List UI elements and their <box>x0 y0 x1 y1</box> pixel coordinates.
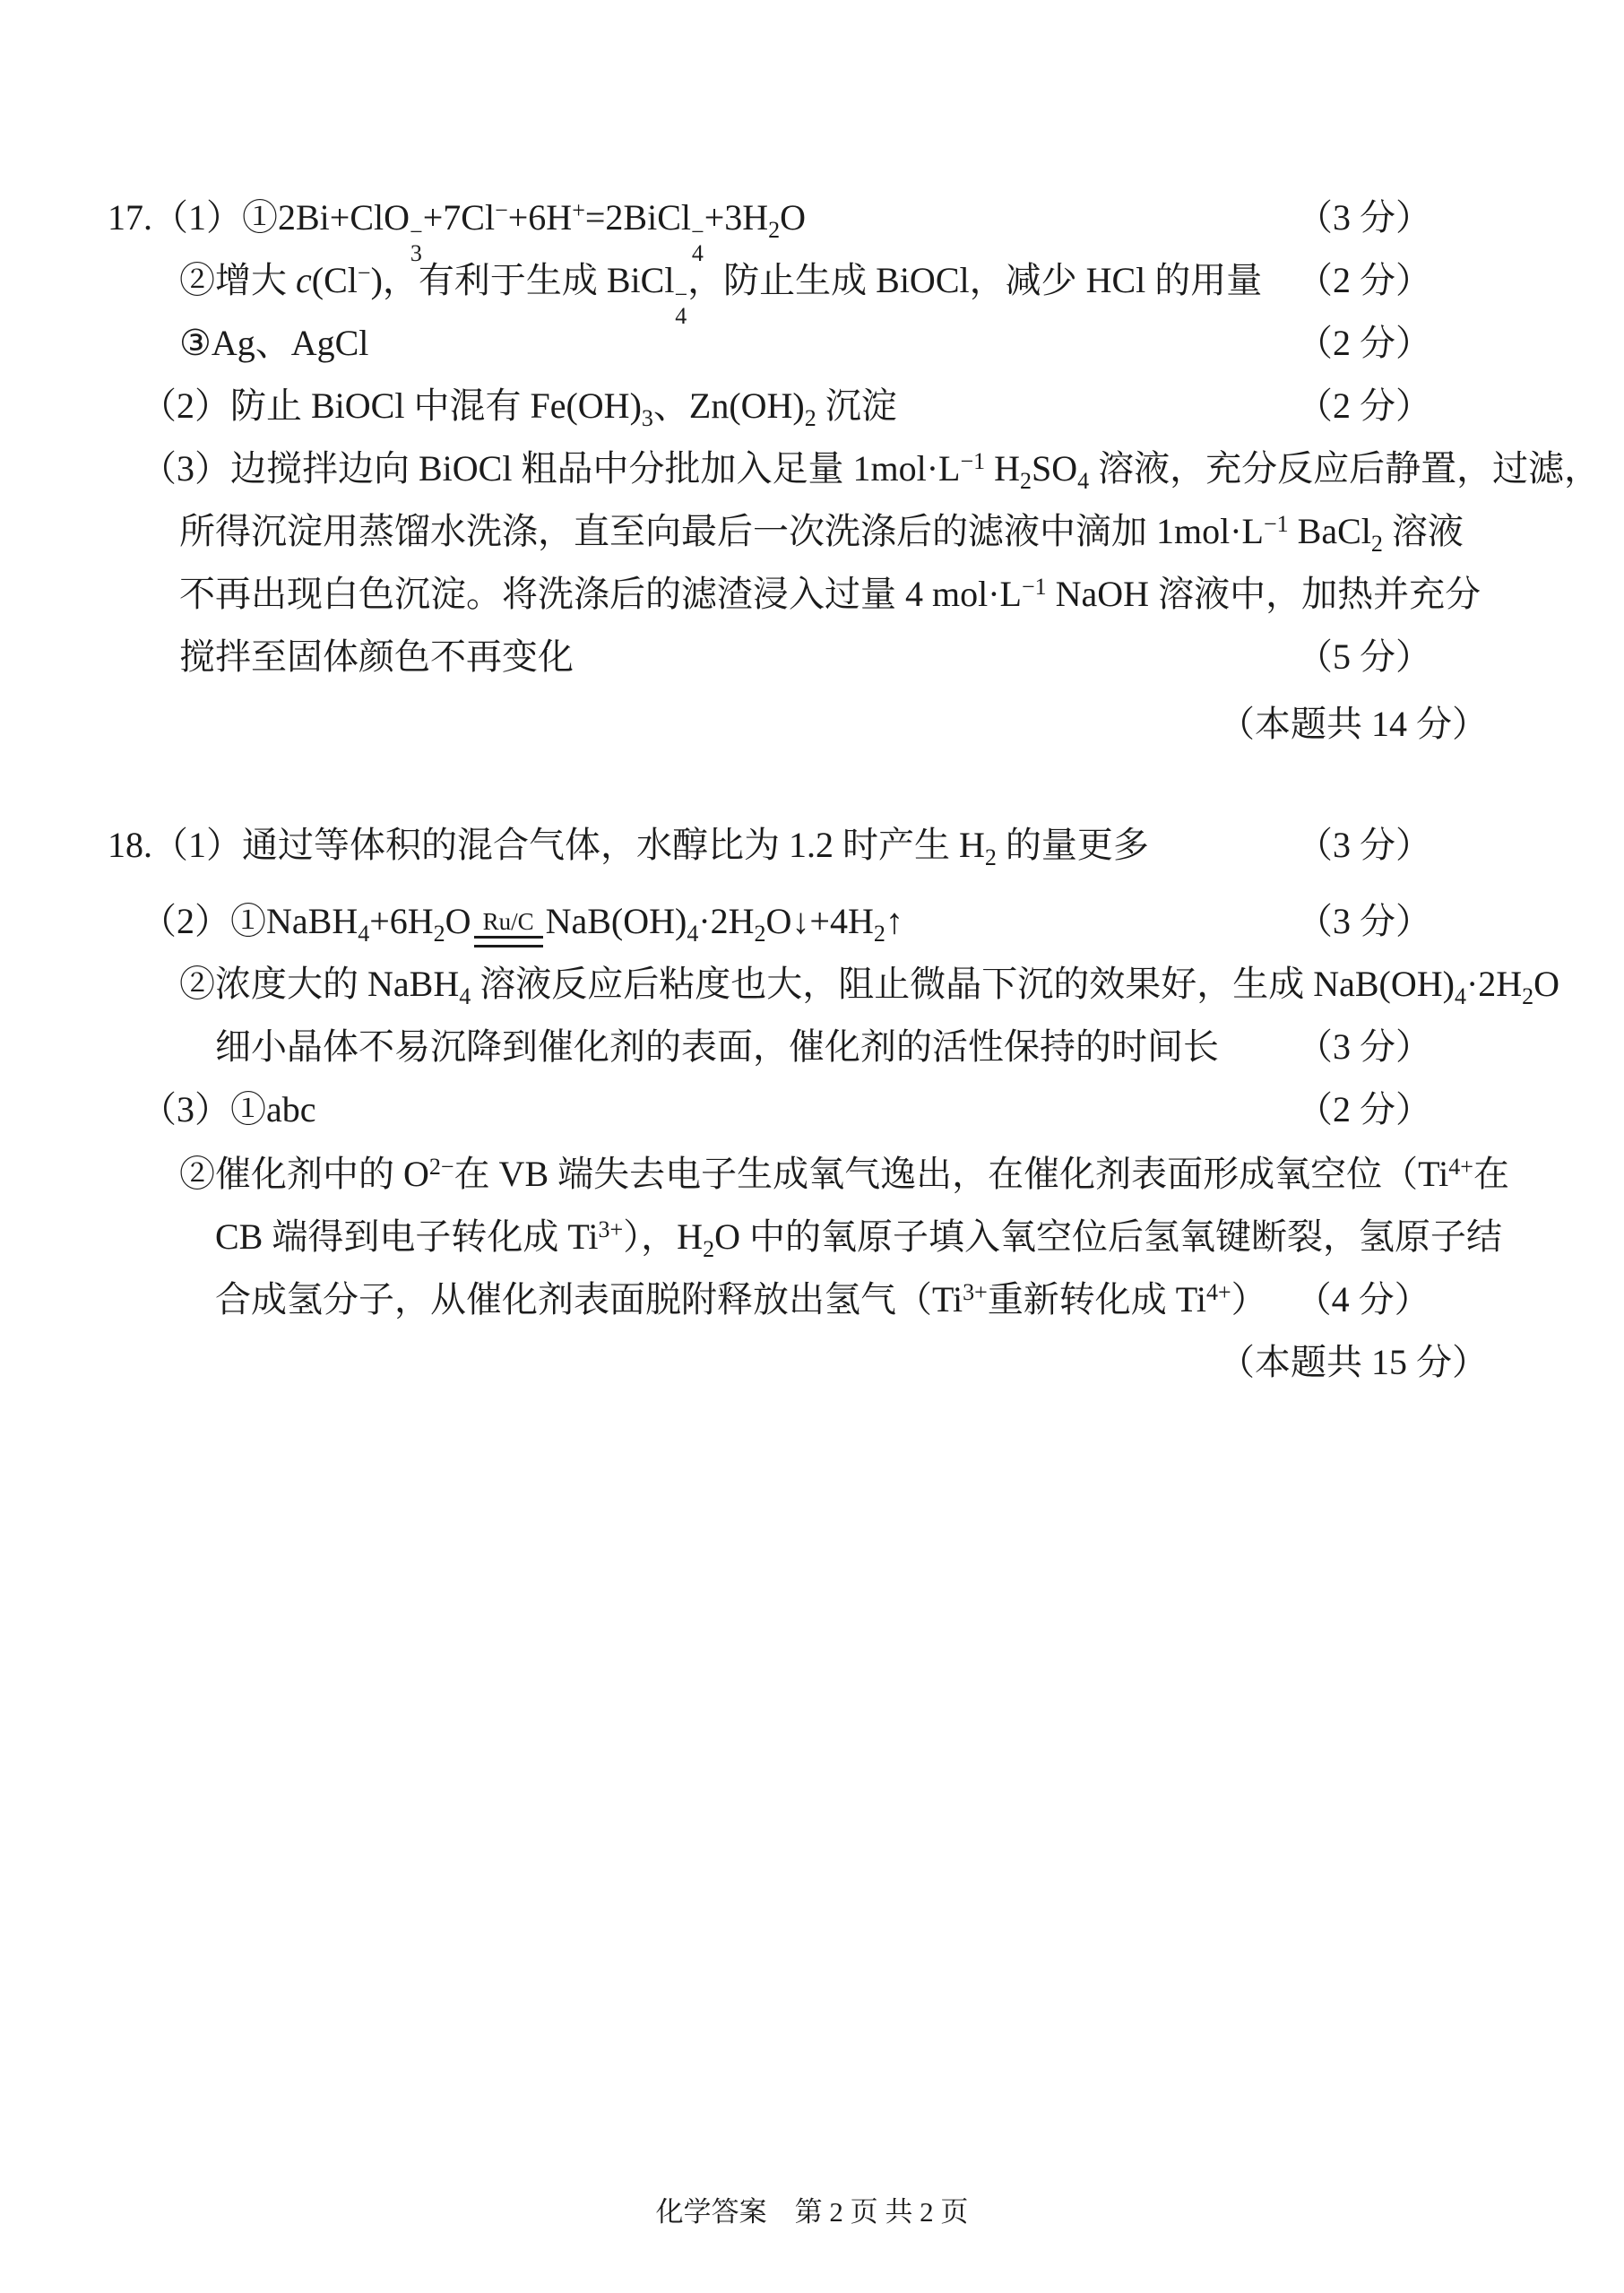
answer-line-17-3-d: 搅拌至固体颜色不再变化 （5 分） <box>0 632 1624 682</box>
score-label: （3 分） <box>1297 896 1431 947</box>
answer-line-18-2-1: （2）①NaBH4+6H2ORu/CNaB(OH)4·2H2O↓+4H2↑ （3… <box>0 896 1624 947</box>
question-18-total-line: （本题共 15 分） <box>0 1337 1624 1388</box>
answer-line-18-2-2-a: ②浓度大的 NaBH4 溶液反应后粘度也大，阻止微晶下沉的效果好，生成 NaB(… <box>0 959 1624 1009</box>
answer-line-18-1: 18.（1）通过等体积的混合气体，水醇比为 1.2 时产生 H2 的量更多 （3… <box>0 820 1624 870</box>
score-label: （3 分） <box>1297 1022 1431 1072</box>
answer-line-17-1-3: ③Ag、AgCl （2 分） <box>0 318 1624 368</box>
line-text: （2）防止 BiOCl 中混有 Fe(OH)3、Zn(OH)2 沉淀 <box>141 381 897 431</box>
score-label: （5 分） <box>1297 632 1431 682</box>
score-label: （4 分） <box>1314 1279 1430 1320</box>
page-footer: 化学答案 第 2 页 共 2 页 <box>0 2194 1624 2230</box>
answer-line-17-3-c: 不再出现白色沉淀。将洗涤后的滤渣浸入过量 4 mol·L−1 NaOH 溶液中，… <box>0 569 1624 619</box>
answer-line-18-3-2-a: ②催化剂中的 O2−在 VB 端失去电子生成氧气逸出，在催化剂表面形成氧空位（T… <box>0 1149 1624 1199</box>
answer-line-18-3-2-c: 合成氢分子，从催化剂表面脱附释放出氢气（Ti3+重新转化成 Ti4+）（4 分） <box>215 1275 1430 1325</box>
question-total-label: （本题共 14 分） <box>1219 699 1488 749</box>
answer-line-17-1-2: ②增大 c(Cl−)，有利于生成 BiCl−4，防止生成 BiOCl，减少 HC… <box>0 255 1624 306</box>
answer-line-18-2-2-b: 细小晶体不易沉降到催化剂的表面，催化剂的活性保持的时间长 （3 分） <box>0 1022 1624 1072</box>
score-label: （2 分） <box>1297 381 1431 431</box>
answer-line-17-1-1: 17.（1）①2Bi+ClO−3+7Cl−+6H+=2BiCl−4+3H2O （… <box>0 193 1624 243</box>
line-text: 合成氢分子，从催化剂表面脱附释放出氢气（Ti3+重新转化成 Ti4+） <box>215 1279 1267 1320</box>
line-text: 17.（1）①2Bi+ClO−3+7Cl−+6H+=2BiCl−4+3H2O <box>108 193 806 264</box>
question-total-label: （本题共 15 分） <box>1219 1337 1488 1388</box>
answer-sheet-page: 17.（1）①2Bi+ClO−3+7Cl−+6H+=2BiCl−4+3H2O （… <box>0 0 1624 2293</box>
answer-line-17-3-a: （3）边搅拌边向 BiOCl 粗品中分批加入足量 1mol·L−1 H2SO4 … <box>0 444 1624 494</box>
answer-line-18-3-1: （3）①abc （2 分） <box>0 1085 1624 1135</box>
line-text: 所得沉淀用蒸馏水洗涤，直至向最后一次洗涤后的滤液中滴加 1mol·L−1 BaC… <box>179 506 1464 557</box>
score-label: （2 分） <box>1297 255 1431 306</box>
answer-line-17-2: （2）防止 BiOCl 中混有 Fe(OH)3、Zn(OH)2 沉淀 （2 分） <box>0 381 1624 431</box>
line-text: （3）边搅拌边向 BiOCl 粗品中分批加入足量 1mol·L−1 H2SO4 … <box>141 444 1600 494</box>
answer-line-17-3-b: 所得沉淀用蒸馏水洗涤，直至向最后一次洗涤后的滤液中滴加 1mol·L−1 BaC… <box>0 506 1624 557</box>
line-text: ②浓度大的 NaBH4 溶液反应后粘度也大，阻止微晶下沉的效果好，生成 NaB(… <box>179 959 1559 1009</box>
score-label: （3 分） <box>1297 820 1431 870</box>
answer-line-18-3-2-b: CB 端得到电子转化成 Ti3+），H2O 中的氧原子填入氧空位后氢氧键断裂，氢… <box>0 1212 1624 1262</box>
line-text: 不再出现白色沉淀。将洗涤后的滤渣浸入过量 4 mol·L−1 NaOH 溶液中，… <box>179 569 1481 619</box>
line-text: ②增大 c(Cl−)，有利于生成 BiCl−4，防止生成 BiOCl，减少 HC… <box>179 255 1262 327</box>
question-17-total-line: （本题共 14 分） <box>0 699 1624 749</box>
line-text: 细小晶体不易沉降到催化剂的表面，催化剂的活性保持的时间长 <box>215 1022 1219 1072</box>
line-text: （3）①abc <box>141 1085 316 1135</box>
score-label: （2 分） <box>1297 1085 1431 1135</box>
line-text: ③Ag、AgCl <box>179 318 368 368</box>
score-label: （3 分） <box>1297 193 1431 243</box>
line-text: ②催化剂中的 O2−在 VB 端失去电子生成氧气逸出，在催化剂表面形成氧空位（T… <box>179 1149 1509 1199</box>
line-text: （2）①NaBH4+6H2ORu/CNaB(OH)4·2H2O↓+4H2↑ <box>141 896 903 947</box>
line-text: 18.（1）通过等体积的混合气体，水醇比为 1.2 时产生 H2 的量更多 <box>108 820 1149 870</box>
line-text: CB 端得到电子转化成 Ti3+），H2O 中的氧原子填入氧空位后氢氧键断裂，氢… <box>215 1212 1502 1262</box>
score-label: （2 分） <box>1297 318 1431 368</box>
line-text: 搅拌至固体颜色不再变化 <box>179 632 574 682</box>
